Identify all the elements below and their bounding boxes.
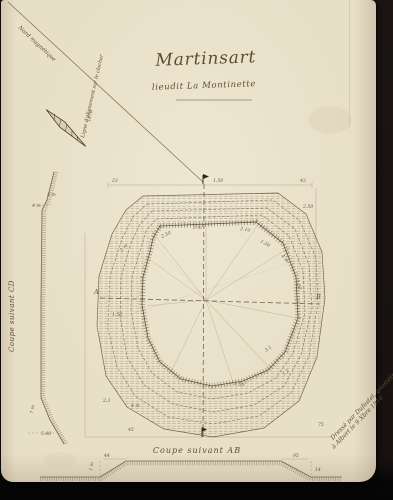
measurement: 1.50: [112, 312, 122, 318]
section-cd-label: Coupe suivant CD: [8, 280, 16, 352]
measurement: 95: [293, 453, 299, 459]
measurement: 3 m: [193, 225, 202, 231]
measurement: 2.50: [302, 204, 313, 210]
section-ab-label: Coupe suivant AB: [153, 446, 241, 455]
measurement: 3.1: [264, 344, 273, 353]
measurement: 2.50: [159, 230, 172, 240]
measurement: 4 m: [130, 403, 140, 409]
alignment-label: Ligne d'alignement sur le clocher: [80, 53, 105, 139]
measurement: 14: [315, 467, 321, 473]
measurement: 2.3: [102, 398, 110, 404]
measurement: 7 m: [29, 404, 37, 414]
measurement: 43: [299, 178, 306, 184]
measurement: 44: [103, 453, 110, 459]
signature-block: Dressé par Dufestel, géomètre à Albert l…: [329, 369, 393, 450]
survey-flag-top: [203, 174, 209, 184]
measurement: 1.50: [213, 178, 223, 184]
survey-plan-drawing: Martinsart lieudit La Montinette Nord ma…: [0, 0, 393, 500]
signature-line2: à Albert le 9 Xbre 1916: [330, 394, 385, 450]
measurement: 2.10: [239, 226, 251, 234]
measurement: 45: [127, 427, 134, 433]
measurement: 2 m: [46, 192, 56, 198]
section-cd-profile: Coupe suivant CD: [8, 172, 66, 444]
measurement: 1 m: [88, 461, 96, 471]
north-label: Nord magnétique: [16, 24, 58, 64]
page-subtitle: lieudit La Montinette: [152, 79, 256, 93]
archival-scan-stage: Martinsart lieudit La Montinette Nord ma…: [0, 0, 393, 500]
measurement: 75: [318, 422, 324, 428]
measurement: 23: [111, 178, 118, 184]
measurement: 5.40: [41, 431, 51, 437]
page-title: Martinsart: [154, 47, 256, 71]
measurement: 4 m: [31, 203, 41, 209]
section-ab-profile: Coupe suivant AB: [40, 446, 342, 479]
measurement: 1.50: [259, 239, 271, 249]
title-block: Martinsart lieudit La Montinette: [152, 47, 257, 100]
signature-line1: Dressé par Dufestel, géomètre: [329, 369, 393, 442]
